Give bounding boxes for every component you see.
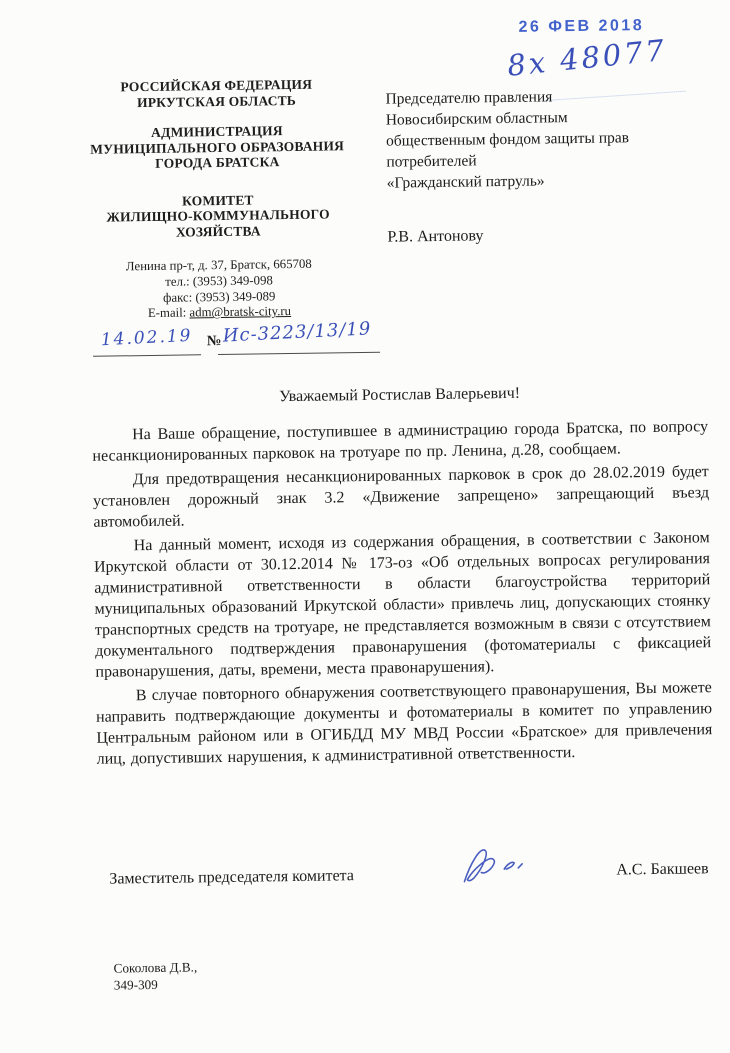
executor-phone: 349-309 (114, 976, 198, 994)
signer-title: Заместитель председателя комитета (109, 867, 354, 888)
handwritten-registration-number: 8х 48077 (506, 33, 669, 83)
email-address: adm@bratsk-city.ru (189, 304, 291, 319)
recipient-block: Председателю правления Новосибирским обл… (385, 84, 691, 193)
body-paragraph: На данный момент, исходя из содержания о… (94, 527, 712, 683)
letter-body: На Ваше обращение, поступившее в админис… (92, 416, 713, 773)
email-label: E-mail: (148, 306, 190, 321)
handwritten-letter-date: 14.02.19 (100, 326, 193, 350)
recipient-line: «Гражданский патруль» (387, 168, 692, 193)
letterhead-committee-line: ХОЗЯЙСТВА (57, 221, 379, 241)
salutation: Уважаемый Ростислав Валерьевич! (92, 382, 708, 409)
letter-content: 26 ФЕВ 2018 8х 48077 РОССИЙСКАЯ ФЕДЕРАЦИ… (0, 0, 730, 1053)
letterhead-contacts: Ленина пр-т, д. 37, Братск, 665708 тел.:… (58, 256, 381, 324)
body-paragraph: Для предотвращения несанкционированных п… (93, 461, 710, 533)
signer-name: А.С. Бакшеев (616, 860, 709, 879)
date-underline (93, 354, 201, 357)
number-underline (218, 352, 380, 355)
incoming-date-stamp: 26 ФЕВ 2018 (518, 17, 644, 37)
executor-name: Соколова Д.В., (114, 959, 198, 977)
scanned-letter-page: 26 ФЕВ 2018 8х 48077 РОССИЙСКАЯ ФЕДЕРАЦИ… (0, 0, 730, 1053)
executor-block: Соколова Д.В., 349-309 (114, 959, 198, 993)
body-paragraph: В случае повторного обнаружения соответс… (96, 677, 713, 770)
letterhead: РОССИЙСКАЯ ФЕДЕРАЦИЯ ИРКУТСКАЯ ОБЛАСТЬ А… (55, 76, 380, 324)
number-sign: № (207, 333, 222, 350)
handwritten-letter-number: Ис-3223/13/19 (222, 318, 371, 346)
body-paragraph: На Ваше обращение, поступившее в админис… (92, 416, 709, 467)
recipient-name: Р.В. Антонову (387, 227, 483, 246)
signature-icon (456, 841, 529, 890)
